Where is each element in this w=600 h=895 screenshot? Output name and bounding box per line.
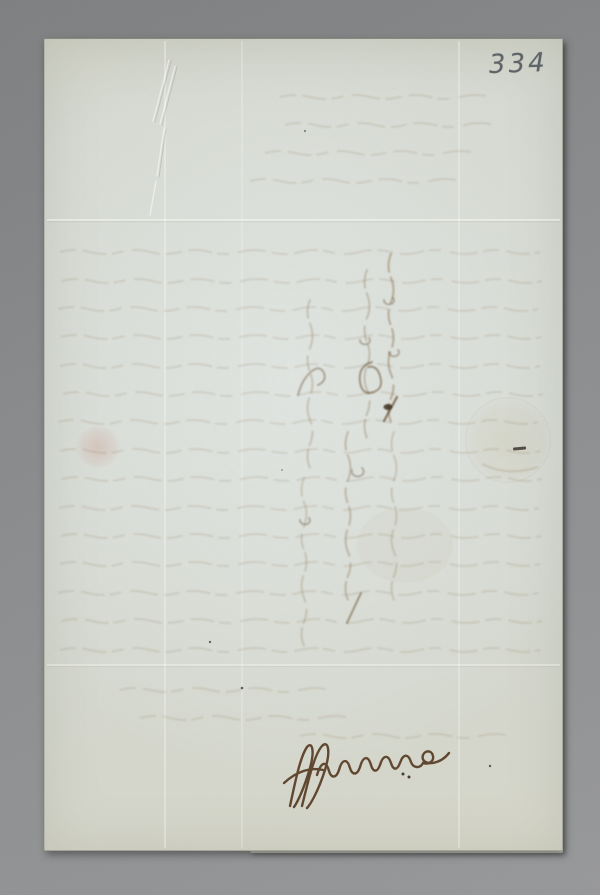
horizontal-fold-line [47, 219, 560, 221]
vertical-fold-line [458, 41, 460, 848]
seal-ghost-stain [465, 397, 551, 483]
horizontal-fold-line [47, 664, 560, 666]
vertical-fold-line [164, 41, 166, 848]
photo-backdrop: 334 [0, 0, 600, 895]
document-page: 334 [44, 38, 563, 851]
pink-stain [76, 426, 120, 468]
folio-page-number: 334 [488, 48, 548, 80]
vertical-fold-line [241, 41, 243, 848]
